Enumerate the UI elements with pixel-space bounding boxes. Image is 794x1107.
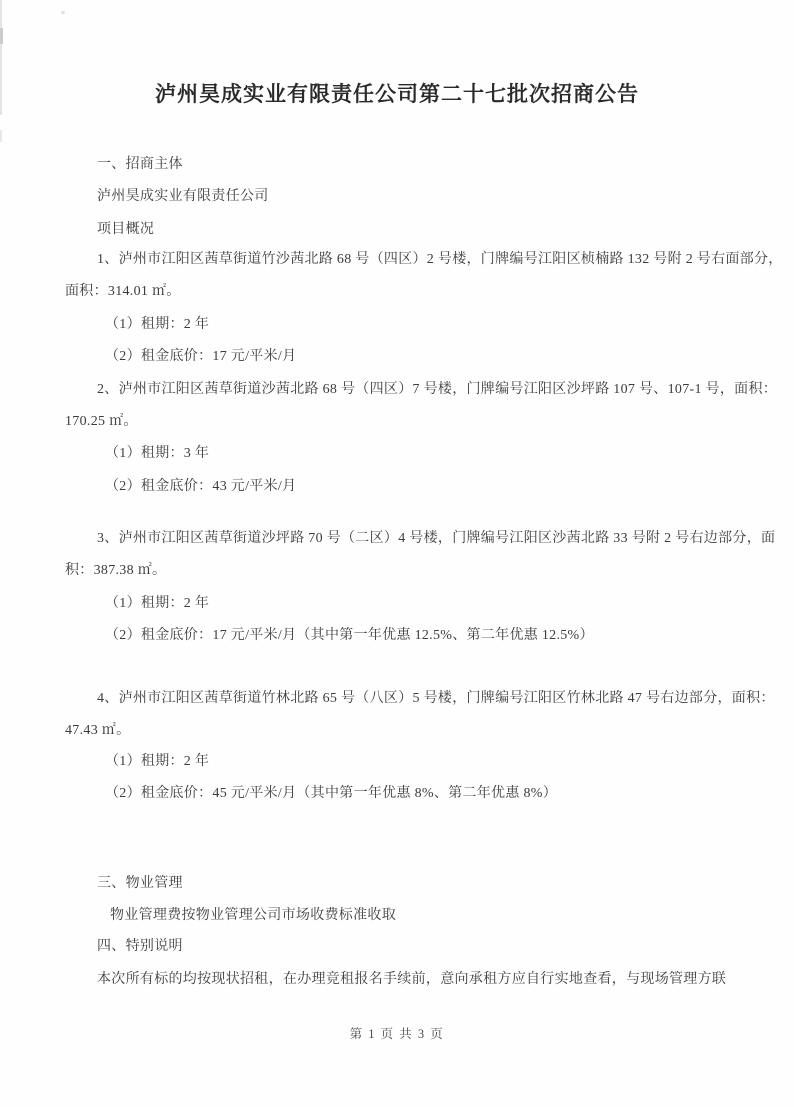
- section1-company: 泸州昊成实业有限责任公司: [97, 187, 269, 207]
- property-1-address-line1: 1、泸州市江阳区茜草街道竹沙茜北路 68 号（四区）2 号楼，门牌编号江阳区桢楠…: [97, 250, 783, 270]
- section3-heading: 三、物业管理: [97, 874, 183, 894]
- section1-heading: 一、招商主体: [97, 155, 183, 175]
- scan-artifact: [0, 130, 2, 142]
- property-2-term: （1）租期：3 年: [105, 444, 209, 464]
- section4-heading: 四、特别说明: [97, 937, 183, 957]
- property-3-price: （2）租金底价：17 元/平米/月（其中第一年优惠 12.5%、第二年优惠 12…: [105, 626, 594, 646]
- property-4-price: （2）租金底价：45 元/平米/月（其中第一年优惠 8%、第二年优惠 8%）: [105, 784, 557, 804]
- property-4-address-line2: 47.43 ㎡。: [65, 721, 130, 741]
- property-4-term: （1）租期：2 年: [105, 752, 209, 772]
- property-4-address-line1: 4、泸州市江阳区茜草街道竹林北路 65 号（八区）5 号楼，门牌编号江阳区竹林北…: [97, 689, 775, 709]
- section1-overview-label: 项目概况: [97, 220, 154, 240]
- document-page: 泸州昊成实业有限责任公司第二十七批次招商公告 一、招商主体 泸州昊成实业有限责任…: [0, 0, 794, 1107]
- property-1-address-line2: 面积：314.01 ㎡。: [65, 282, 181, 302]
- property-2-address-line2: 170.25 ㎡。: [65, 412, 138, 432]
- property-1-price: （2）租金底价：17 元/平米/月: [105, 347, 296, 367]
- property-3-term: （1）租期：2 年: [105, 594, 209, 614]
- property-2-address-line1: 2、泸州市江阳区茜草街道沙茜北路 68 号（四区）7 号楼，门牌编号江阳区沙坪路…: [97, 380, 777, 400]
- scan-artifact: [61, 11, 65, 14]
- section3-body: 物业管理费按物业管理公司市场收费标准收取: [110, 906, 396, 926]
- property-3-address-line2: 积：387.38 ㎡。: [65, 561, 166, 581]
- property-2-price: （2）租金底价：43 元/平米/月: [105, 477, 296, 497]
- page-number: 第 1 页 共 3 页: [0, 1024, 794, 1042]
- property-1-term: （1）租期：2 年: [105, 315, 209, 335]
- scan-artifact: [0, 28, 3, 44]
- document-title: 泸州昊成实业有限责任公司第二十七批次招商公告: [0, 78, 794, 108]
- section4-body: 本次所有标的均按现状招租，在办理竞租报名手续前，意向承租方应自行实地查看，与现场…: [97, 970, 726, 990]
- property-3-address-line1: 3、泸州市江阳区茜草街道沙坪路 70 号（二区）4 号楼，门牌编号江阳区沙茜北路…: [97, 529, 775, 549]
